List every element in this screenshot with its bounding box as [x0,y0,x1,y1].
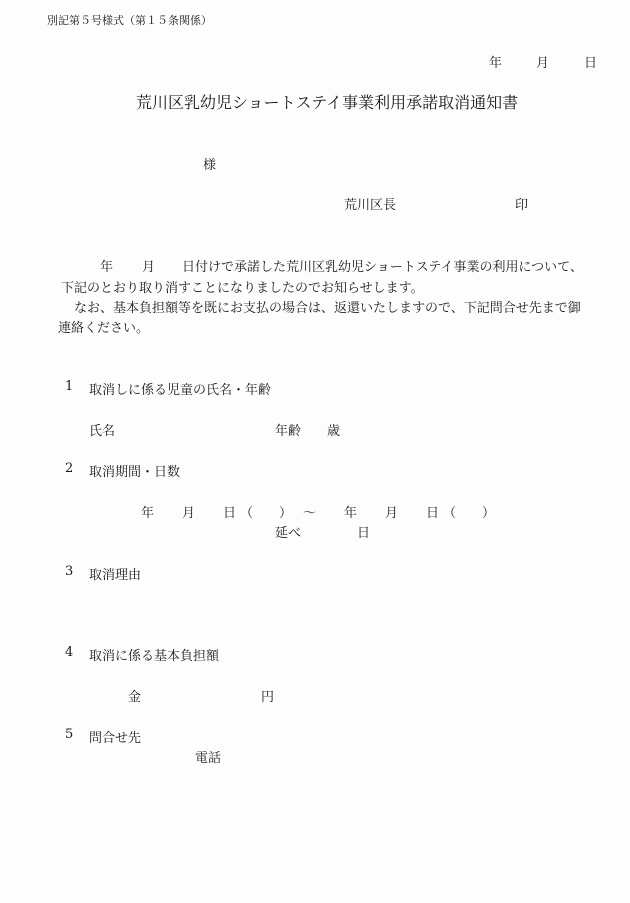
section-number: 5 [65,727,73,742]
issuer-name: 荒川区長 [344,194,396,213]
from-weekday: （ ） [240,502,292,521]
form-label: 別記第５号様式（第１５条関係） [47,12,212,28]
amount-unit: 円 [261,686,274,705]
from-month: 月 [182,502,195,521]
addressee-suffix: 様 [203,154,216,173]
age-label: 年齢 [275,420,301,439]
to-weekday: （ ） [443,502,495,521]
total-unit: 日 [357,522,370,541]
date-day: 日 [584,52,597,71]
section-heading: 問合せ先 [89,727,141,746]
section-number: 4 [65,645,73,660]
document-title: 荒川区乳幼児ショートステイ事業利用承諾取消通知書 [136,90,518,113]
body-line2: 下記のとおり取り消すことになりましたのでお知らせします。 [61,277,424,296]
phone-label: 電話 [195,747,221,766]
section-heading: 取消に係る基本負担額 [89,645,219,664]
section-number: 2 [65,461,73,476]
to-day: 日 [426,502,439,521]
name-label: 氏名 [89,420,115,439]
section-number: 1 [65,379,73,394]
age-unit: 歳 [327,420,340,439]
body-year: 年 [100,256,113,275]
body-line3: なお、基本負担額等を既にお支払の場合は、返還いたしますので、下記問合せ先まで御 [74,297,581,316]
section-heading: 取消しに係る児童の氏名・年齢 [89,379,271,398]
total-label: 延べ [275,522,301,541]
seal-mark: 印 [515,194,528,213]
to-month: 月 [385,502,398,521]
date-month: 月 [536,52,549,71]
tilde: ～ [303,502,316,521]
section-heading: 取消期間・日数 [89,461,180,480]
date-year: 年 [489,52,502,71]
amount-prefix: 金 [128,686,141,705]
to-year: 年 [344,502,357,521]
body-line4: 連絡ください。 [58,317,149,336]
from-day: 日 [223,502,236,521]
body-month: 月 [142,256,155,275]
from-year: 年 [141,502,154,521]
section-heading: 取消理由 [89,564,141,583]
body-line1: 日付けで承諾した荒川区乳幼児ショートステイ事業の利用について、 [182,256,583,275]
section-number: 3 [65,564,73,579]
